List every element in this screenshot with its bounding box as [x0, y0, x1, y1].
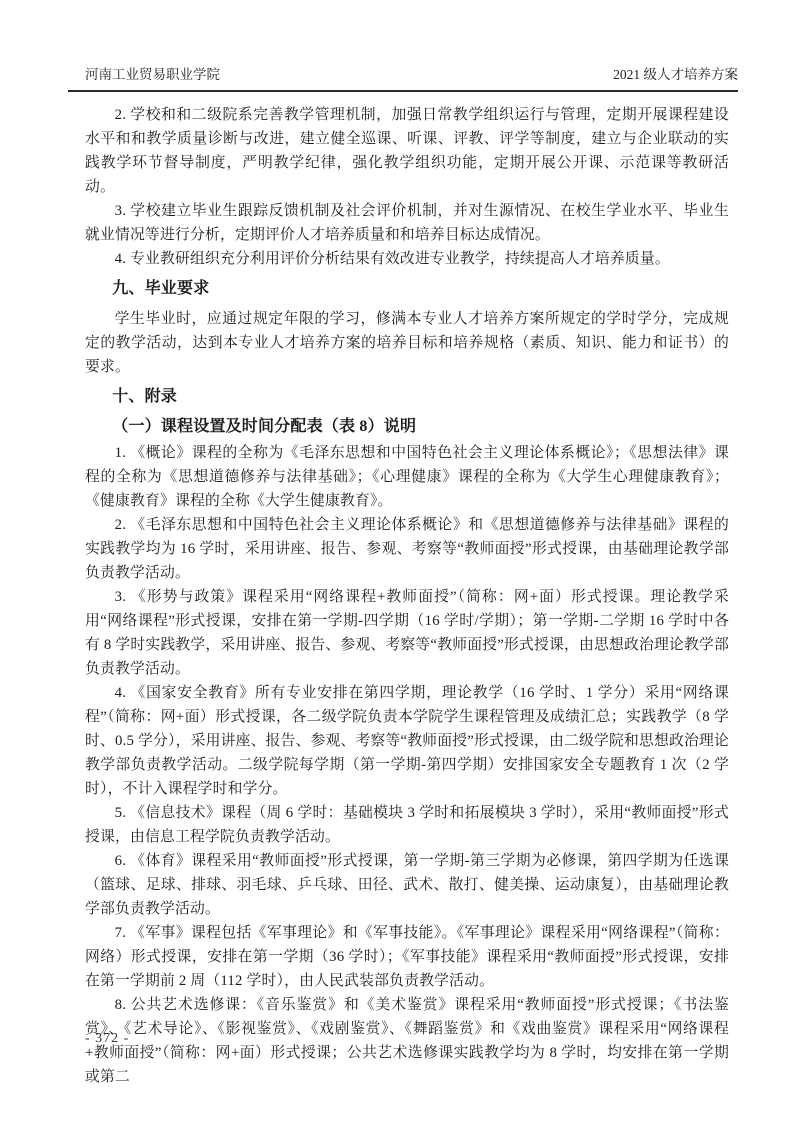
heading-appendix: 十、附录 — [85, 385, 729, 409]
paragraph-teaching-research: 4. 专业教研组织充分利用评价分析结果有效改进专业教学，持续提高人才培养质量。 — [85, 247, 729, 271]
page-header: 河南工业贸易职业学院 2021 级人才培养方案 — [68, 66, 738, 92]
header-school-name: 河南工业贸易职业学院 — [85, 66, 220, 84]
page-footer: - 372 - — [85, 1031, 129, 1047]
heading-course-schedule-notes: （一）课程设置及时间分配表（表 8）说明 — [85, 415, 729, 439]
document-page: 河南工业贸易职业学院 2021 级人才培养方案 2. 学校和和二级院系完善教学管… — [0, 0, 793, 1122]
header-document-title: 2021 级人才培养方案 — [613, 66, 738, 84]
page-number: - 372 - — [85, 1031, 129, 1046]
note-item-4: 4. 《国家安全教育》所有专业安排在第四学期，理论教学（16 学时、1 学分）采… — [85, 681, 729, 801]
note-item-3: 3. 《形势与政策》课程采用“网络课程+教师面授”（简称：网+面）形式授课。理论… — [85, 585, 729, 681]
document-body: 2. 学校和和二级院系完善教学管理机制，加强日常教学组织运行与管理，定期开展课程… — [85, 103, 729, 1089]
note-item-5: 5. 《信息技术》课程（周 6 学时：基础模块 3 学时和拓展模块 3 学时），… — [85, 801, 729, 849]
paragraph-teaching-management: 2. 学校和和二级院系完善教学管理机制，加强日常教学组织运行与管理，定期开展课程… — [85, 103, 729, 199]
heading-graduation-requirements: 九、毕业要求 — [85, 277, 729, 301]
note-item-8: 8. 公共艺术选修课：《音乐鉴赏》和《美术鉴赏》课程采用“教师面授”形式授课；《… — [85, 993, 729, 1089]
note-item-6: 6. 《体育》课程采用“教师面授”形式授课，第一学期-第三学期为必修课，第四学期… — [85, 849, 729, 921]
paragraph-graduation-description: 学生毕业时，应通过规定年限的学习，修满本专业人才培养方案所规定的学时学分，完成规… — [85, 307, 729, 379]
paragraph-graduate-tracking: 3. 学校建立毕业生跟踪反馈机制及社会评价机制，并对生源情况、在校生学业水平、毕… — [85, 199, 729, 247]
note-item-7: 7. 《军事》课程包括《军事理论》和《军事技能》。《军事理论》课程采用“网络课程… — [85, 921, 729, 993]
note-item-1: 1. 《概论》课程的全称为《毛泽东思想和中国特色社会主义理论体系概论》；《思想法… — [85, 441, 729, 513]
note-item-2: 2. 《毛泽东思想和中国特色社会主义理论体系概论》和《思想道德修养与法律基础》课… — [85, 513, 729, 585]
